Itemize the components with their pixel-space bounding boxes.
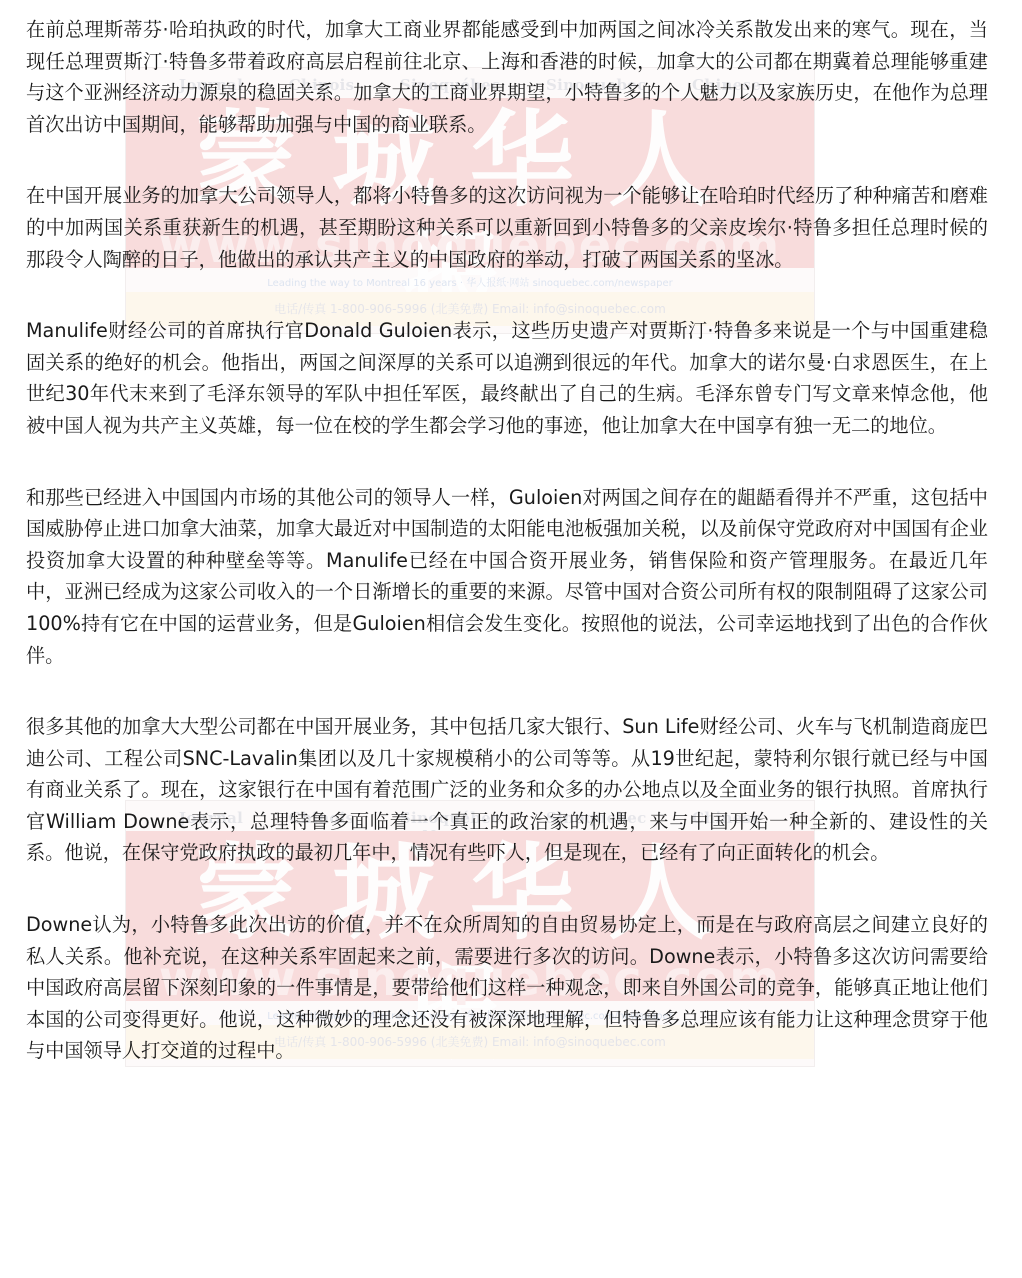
article-paragraph-4: 和那些已经进入中国国内市场的其他公司的领导人一样，Guloien对两国之间存在的… (26, 482, 988, 672)
article-paragraph-5: 很多其他的加拿大大型公司都在中国开展业务，其中包括几家大银行、Sun Life财… (26, 711, 988, 869)
article-paragraph-2: 在中国开展业务的加拿大公司领导人，都将小特鲁多的这次访问视为一个能够让在哈珀时代… (26, 180, 988, 275)
article-paragraph-6: Downe认为，小特鲁多此次出访的价值，并不在众所周知的自由贸易协定上，而是在与… (26, 909, 988, 1067)
article-paragraph-3: Manulife财经公司的首席执行官Donald Guloien表示，这些历史遗… (26, 315, 988, 441)
article-paragraph-1: 在前总理斯蒂芬·哈珀执政的时代，加拿大工商业界都能感受到中加两国之间冰冷关系散发… (26, 14, 988, 140)
article-body: 在前总理斯蒂芬·哈珀执政的时代，加拿大工商业界都能感受到中加两国之间冰冷关系散发… (26, 14, 988, 1107)
